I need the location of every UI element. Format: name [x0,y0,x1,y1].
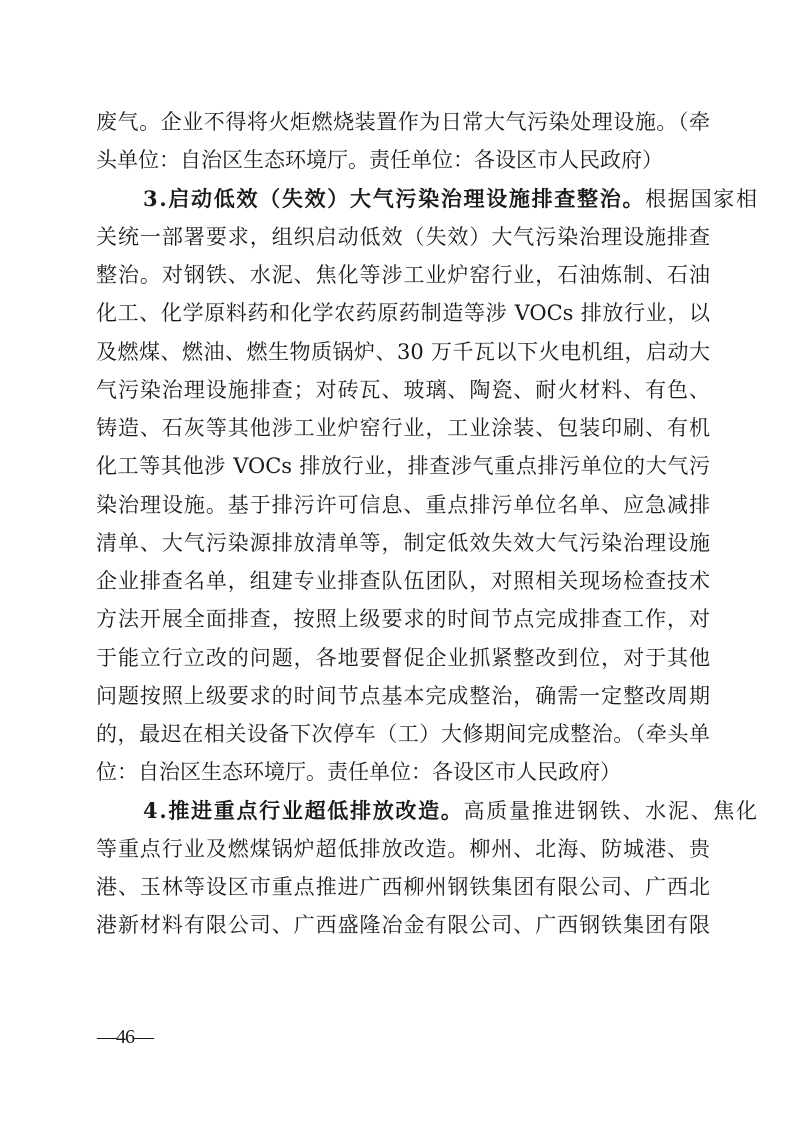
line-text: 于能立行立改的问题，各地要督促企业抓紧整改到位，对于其他 [96,646,710,670]
text-line: 清单、大气污染源排放清单等，制定低效失效大气污染治理设施 [96,524,710,562]
line-text: 高质量推进钢铁、水泥、焦化 [464,799,759,823]
line-text: 废气。企业不得将火炬燃烧装置作为日常大气污染处理设施。（牵 [96,110,710,134]
section-heading: 3.启动低效（失效）大气污染治理设施排查整治。 [143,186,645,211]
line-text: 港、玉林等设区市重点推进广西柳州钢铁集团有限公司、广西北 [96,875,710,899]
line-text: 的，最迟在相关设备下次停车（工）大修期间完成整治。（牵头单 [96,722,710,746]
text-line: 气污染治理设施排查；对砖瓦、玻璃、陶瓷、耐火材料、有色、 [96,371,710,409]
line-text: 气污染治理设施排查；对砖瓦、玻璃、陶瓷、耐火材料、有色、 [96,378,710,402]
text-line: 化工、化学原料药和化学农药原药制造等涉 VOCs 排放行业，以 [96,294,710,332]
text-line: 位：自治区生态环境厅。责任单位：各设区市人民政府） [96,753,710,791]
text-line: 港、玉林等设区市重点推进广西柳州钢铁集团有限公司、广西北 [96,868,710,906]
line-text: 整治。对钢铁、水泥、焦化等涉工业炉窑行业，石油炼制、石油 [96,263,710,287]
line-text: 化工、化学原料药和化学农药原药制造等涉 VOCs 排放行业，以 [96,301,710,325]
line-text: 铸造、石灰等其他涉工业炉窑行业，工业涂装、包装印刷、有机 [96,416,710,440]
text-line: 整治。对钢铁、水泥、焦化等涉工业炉窑行业，石油炼制、石油 [96,256,710,294]
text-line: 化工等其他涉 VOCs 排放行业，排查涉气重点排污单位的大气污 [96,447,710,485]
text-line: 铸造、石灰等其他涉工业炉窑行业，工业涂装、包装印刷、有机 [96,409,710,447]
line-text: 方法开展全面排查，按照上级要求的时间节点完成排查工作，对 [96,607,710,631]
document-page: 废气。企业不得将火炬燃烧装置作为日常大气污染处理设施。（牵头单位：自治区生态环境… [0,0,800,1131]
line-text: 清单、大气污染源排放清单等，制定低效失效大气污染治理设施 [96,531,710,555]
text-line: 于能立行立改的问题，各地要督促企业抓紧整改到位，对于其他 [96,639,710,677]
section-heading: 4.推进重点行业超低排放改造。 [143,798,464,823]
text-line: 及燃煤、燃油、燃生物质锅炉、30 万千瓦以下火电机组，启动大 [96,333,710,371]
text-line: 问题按照上级要求的时间节点基本完成整治，确需一定整改周期 [96,677,710,715]
text-line: 头单位：自治区生态环境厅。责任单位：各设区市人民政府） [96,141,710,179]
line-text: 等重点行业及燃煤锅炉超低排放改造。柳州、北海、防城港、贵 [96,837,710,861]
text-line: 3.启动低效（失效）大气污染治理设施排查整治。根据国家相 [96,180,710,218]
page-number: —46— [97,1026,153,1049]
line-text: 染治理设施。基于排污许可信息、重点排污单位名单、应急减排 [96,493,710,517]
line-text: 头单位：自治区生态环境厅。责任单位：各设区市人民政府） [96,148,663,172]
text-line: 废气。企业不得将火炬燃烧装置作为日常大气污染处理设施。（牵 [96,103,710,141]
text-line: 等重点行业及燃煤锅炉超低排放改造。柳州、北海、防城港、贵 [96,830,710,868]
text-line: 方法开展全面排查，按照上级要求的时间节点完成排查工作，对 [96,600,710,638]
line-text: 化工等其他涉 VOCs 排放行业，排查涉气重点排污单位的大气污 [96,454,710,478]
text-line: 港新材料有限公司、广西盛隆冶金有限公司、广西钢铁集团有限 [96,906,710,944]
line-text: 根据国家相 [645,187,759,211]
text-line: 4.推进重点行业超低排放改造。高质量推进钢铁、水泥、焦化 [96,792,710,830]
text-line: 关统一部署要求，组织启动低效（失效）大气污染治理设施排查 [96,218,710,256]
text-line: 的，最迟在相关设备下次停车（工）大修期间完成整治。（牵头单 [96,715,710,753]
text-line: 企业排查名单，组建专业排查队伍团队，对照相关现场检查技术 [96,562,710,600]
line-text: 关统一部署要求，组织启动低效（失效）大气污染治理设施排查 [96,225,710,249]
text-line: 染治理设施。基于排污许可信息、重点排污单位名单、应急减排 [96,486,710,524]
line-text: 及燃煤、燃油、燃生物质锅炉、30 万千瓦以下火电机组，启动大 [96,340,710,364]
line-text: 企业排查名单，组建专业排查队伍团队，对照相关现场检查技术 [96,569,710,593]
line-text: 位：自治区生态环境厅。责任单位：各设区市人民政府） [96,760,621,784]
line-text: 问题按照上级要求的时间节点基本完成整治，确需一定整改周期 [96,684,710,708]
body-text: 废气。企业不得将火炬燃烧装置作为日常大气污染处理设施。（牵头单位：自治区生态环境… [96,103,710,945]
line-text: 港新材料有限公司、广西盛隆冶金有限公司、广西钢铁集团有限 [96,913,710,937]
